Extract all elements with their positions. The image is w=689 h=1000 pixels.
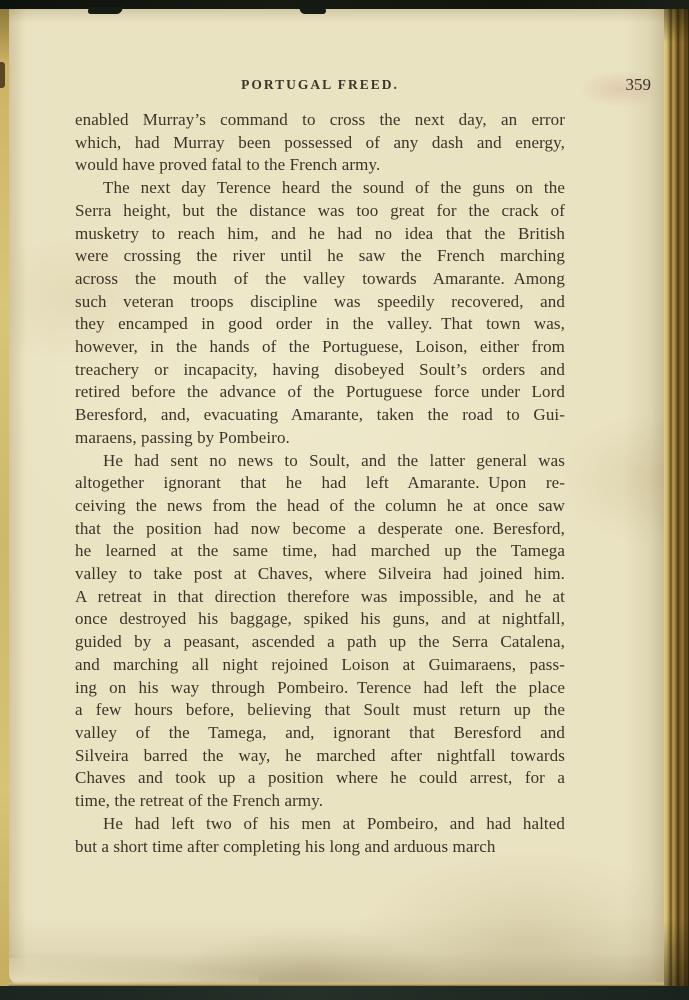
running-head: PORTUGAL FREED. 359 <box>75 75 605 97</box>
text-line: maraens, passing by Pombeiro. <box>75 427 565 450</box>
text-line: once destroyed his baggage, spiked his g… <box>75 608 565 631</box>
text-line: The next day Terence heard the sound of … <box>75 177 565 200</box>
text-line: time, the retreat of the French army. <box>75 790 565 813</box>
text-line: valley of the Tamega, and, ignorant that… <box>75 722 565 745</box>
text-line: and marching all night rejoined Loison a… <box>75 654 565 677</box>
page-stack-edge <box>664 4 689 988</box>
text-line: enabled Murray’s command to cross the ne… <box>75 109 565 132</box>
scan-bottom-edge <box>0 986 689 1000</box>
text-line: ceiving the news from the head of the co… <box>75 495 565 518</box>
text-line: they encamped in good order in the valle… <box>75 313 565 336</box>
book-page: PORTUGAL FREED. 359 enabled Murray’s com… <box>9 9 664 986</box>
book-scan: PORTUGAL FREED. 359 enabled Murray’s com… <box>0 0 689 1000</box>
running-title: PORTUGAL FREED. <box>75 77 565 93</box>
text-line: retired before the advance of the Portug… <box>75 381 565 404</box>
binding-clip-mark <box>299 7 327 14</box>
text-line: ing on his way through Pombeiro. Terence… <box>75 677 565 700</box>
text-line: guided by a peasant, ascended a path up … <box>75 631 565 654</box>
text-line: Beresford, and, evacuating Amarante, tak… <box>75 404 565 427</box>
text-line: which, had Murray been possessed of any … <box>75 132 565 155</box>
text-line: that the position had now become a despe… <box>75 518 565 541</box>
text-line: altogether ignorant that he had left Ama… <box>75 472 565 495</box>
text-line: but a short time after completing his lo… <box>75 836 565 859</box>
under-page-corner <box>9 958 259 984</box>
text-line: were crossing the river until he saw the… <box>75 245 565 268</box>
page-number: 359 <box>575 75 651 95</box>
page-text: enabled Murray’s command to cross the ne… <box>75 109 565 858</box>
text-line: Serra height, but the distance was too g… <box>75 200 565 223</box>
text-line: He had left two of his men at Pombeiro, … <box>75 813 565 836</box>
text-line: however, in the hands of the Portuguese,… <box>75 336 565 359</box>
text-line: musketry to reach him, and he had no ide… <box>75 223 565 246</box>
text-line: Silveira barred the way, he marched afte… <box>75 745 565 768</box>
text-line: he learned at the same time, had marched… <box>75 540 565 563</box>
binding-clip-mark <box>87 7 124 14</box>
text-line: would have proved fatal to the French ar… <box>75 154 565 177</box>
text-line: treachery or incapacity, having disobeye… <box>75 359 565 382</box>
text-line: Chaves and took up a position where he c… <box>75 767 565 790</box>
text-line: a few hours before, believing that Soult… <box>75 699 565 722</box>
text-line: He had sent no news to Soult, and the la… <box>75 450 565 473</box>
text-line: valley to take post at Chaves, where Sil… <box>75 563 565 586</box>
text-line: A retreat in that direction therefore wa… <box>75 586 565 609</box>
page-edge-notch <box>0 62 5 88</box>
text-line: such veteran troops discipline was speed… <box>75 291 565 314</box>
text-line: across the mouth of the valley towards A… <box>75 268 565 291</box>
